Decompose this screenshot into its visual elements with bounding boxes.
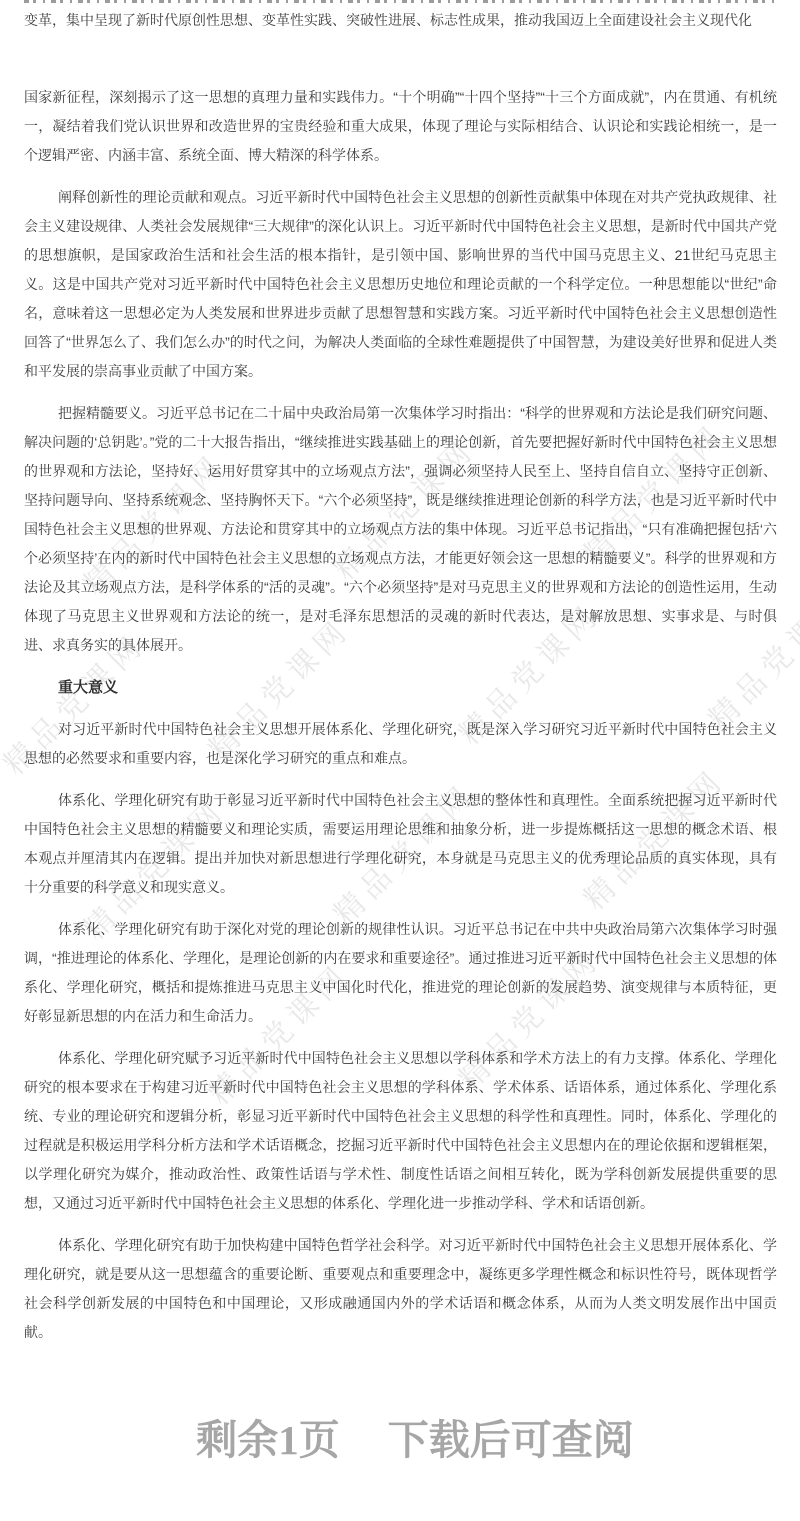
preview-footer: 剩余1页 下载后可查阅 [30,1414,800,1466]
document-preview-page: 精品党课网精品党课网精品党课网精品党课网精品党课网精品党课网精品党课网精品党课网… [0,0,800,1521]
continuation-paragraph: 国家新征程，深刻揭示了这一思想的真理力量和实践伟力。“十个明确”“十四个坚持”“… [24,83,777,170]
document-body: 变革，集中呈现了新时代原创性思想、变革性实践、突破性进展、标志性成果，推动我国迈… [0,0,800,1347]
section-heading: 重大意义 [24,673,777,702]
paragraph: 体系化、学理化研究有助于深化对党的理论创新的规律性认识。习近平总书记在中共中央政… [24,915,777,1031]
paragraph: 体系化、学理化研究有助于彰显习近平新时代中国特色社会主义思想的整体性和真理性。全… [24,786,777,902]
continuation-paragraph: 变革，集中呈现了新时代原创性思想、变革性实践、突破性进展、标志性成果，推动我国迈… [24,6,777,35]
download-hint-label: 下载后可查阅 [388,1414,634,1466]
paragraph: 对习近平新时代中国特色社会主义思想开展体系化、学理化研究，既是深入学习研究习近平… [24,715,777,773]
paragraph: 体系化、学理化研究赋予习近平新时代中国特色社会主义思想以学科体系和学术方法上的有… [24,1044,777,1218]
paragraph: 体系化、学理化研究有助于加快构建中国特色哲学社会科学。对习近平新时代中国特色社会… [24,1231,777,1347]
paragraph: 把握精髓要义。习近平总书记在二十届中央政治局第一次集体学习时指出：“科学的世界观… [24,399,777,660]
remaining-pages-label: 剩余1页 [196,1414,340,1466]
paragraph: 阐释创新性的理论贡献和观点。习近平新时代中国特色社会主义思想的创新性贡献集中体现… [24,183,777,386]
